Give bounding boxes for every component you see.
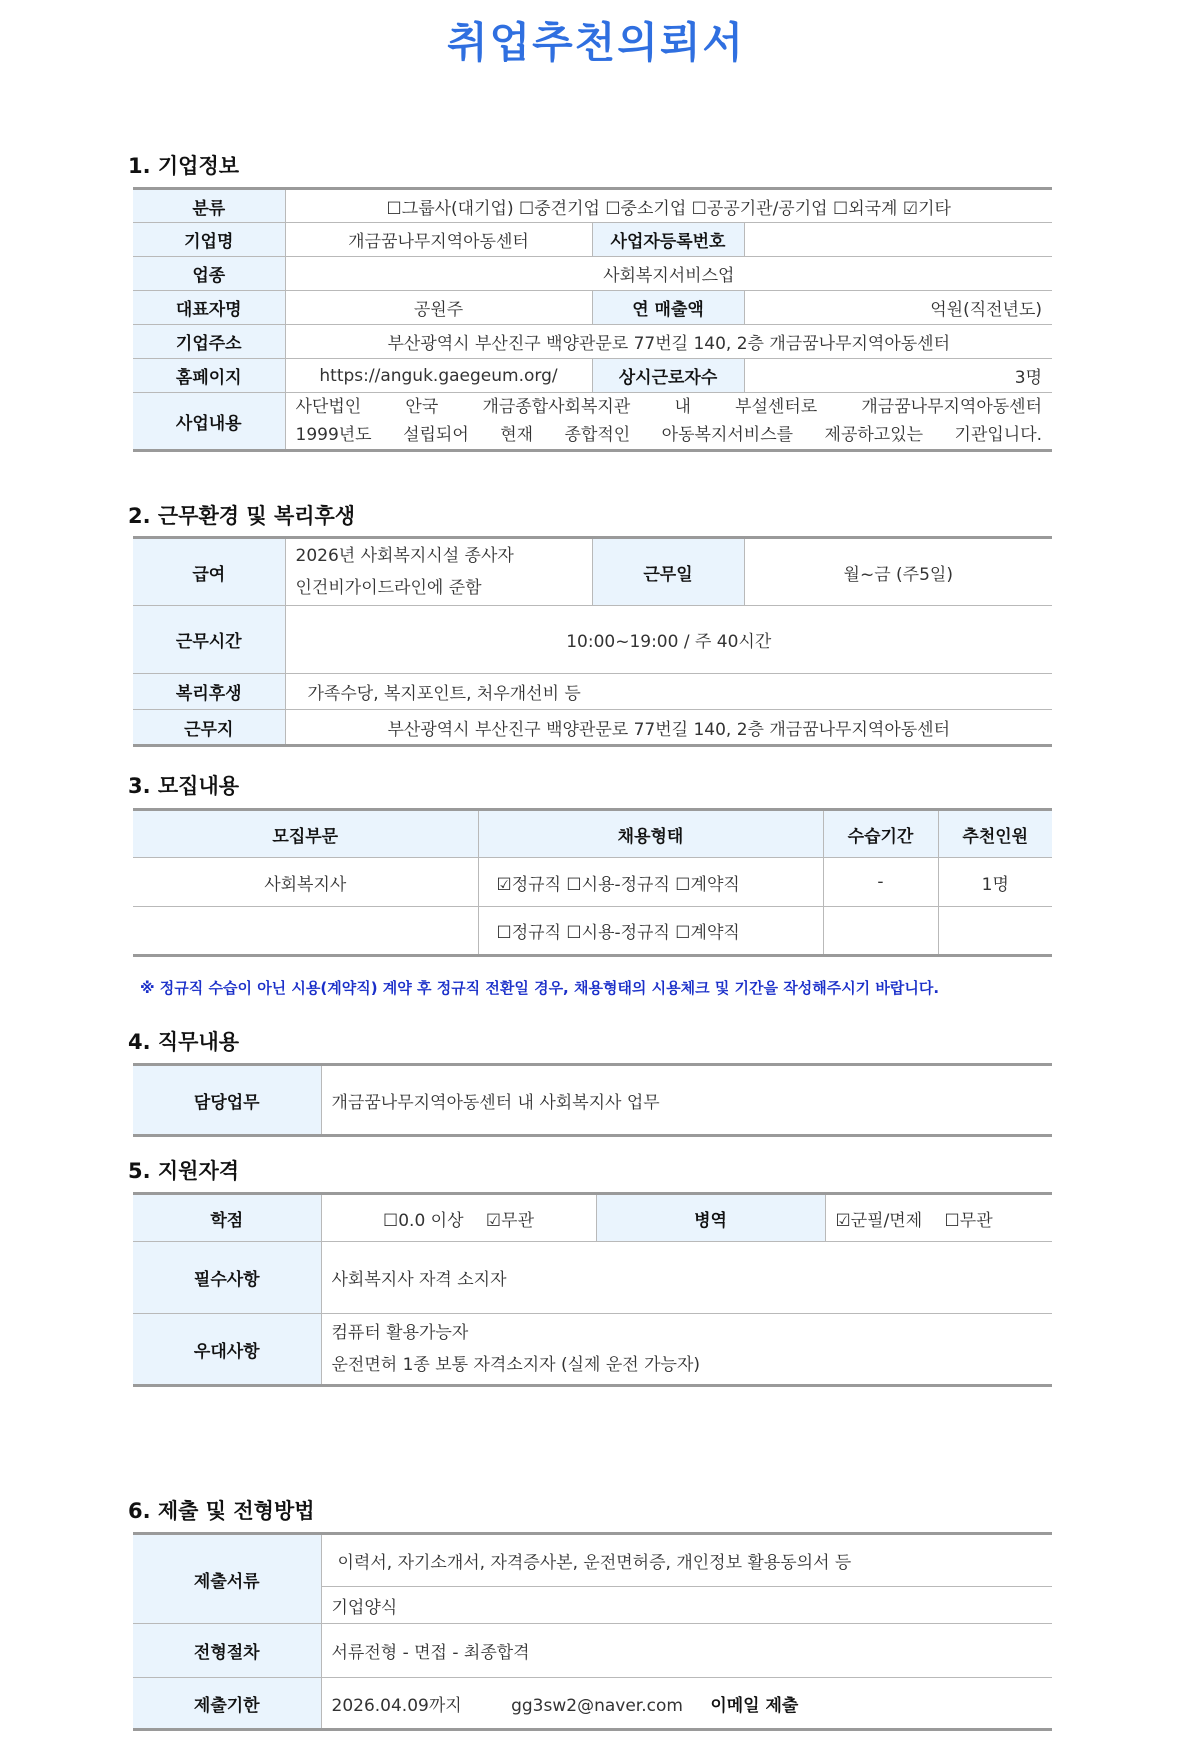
employees-label: 상시근로자수 bbox=[592, 359, 744, 393]
deadline-label: 제출기한 bbox=[133, 1678, 321, 1730]
count-cell: 1명 bbox=[938, 858, 1052, 907]
table-row: 사회복지사 ☑정규직 ☐시용-정규직 ☐계약직 - 1명 bbox=[133, 858, 1052, 907]
welfare-label: 복리후생 bbox=[133, 674, 285, 710]
col-header-type: 채용형태 bbox=[478, 810, 823, 858]
col-header-count: 추천인원 bbox=[938, 810, 1052, 858]
gpa-checkboxes[interactable]: ☐0.0 이상 ☑무관 bbox=[321, 1194, 596, 1242]
salary-label: 급여 bbox=[133, 538, 285, 606]
process-label: 전형절차 bbox=[133, 1624, 321, 1678]
welfare-value: 가족수당, 복지포인트, 처우개선비 등 bbox=[285, 674, 1052, 710]
biz-reg-label: 사업자등록번호 bbox=[592, 223, 744, 257]
ceo-value: 공원주 bbox=[285, 291, 592, 325]
col-header-dept: 모집부문 bbox=[133, 810, 478, 858]
homepage-label: 홈페이지 bbox=[133, 359, 285, 393]
homepage-link[interactable]: https://anguk.gaegeum.org/ bbox=[285, 359, 592, 393]
recruit-note: ※ 정규직 수습이 아닌 시용(계약직) 계약 후 정규직 전환일 경우, 채용… bbox=[140, 977, 939, 998]
count-cell bbox=[938, 907, 1052, 956]
email-link[interactable]: gg3sw2@naver.com bbox=[511, 1696, 683, 1716]
section-heading-duty: 4. 직무내용 bbox=[128, 1026, 239, 1056]
docs-form: 기업양식 bbox=[321, 1587, 1052, 1624]
company-name-label: 기업명 bbox=[133, 223, 285, 257]
submission-table: 제출서류 이력서, 자기소개서, 자격증사본, 운전면허증, 개인정보 활용동의… bbox=[133, 1532, 1052, 1731]
duty-label: 담당업무 bbox=[133, 1065, 321, 1136]
qualification-table: 학점 ☐0.0 이상 ☑무관 병역 ☑군필/면제 ☐무관 필수사항 사회복지사 … bbox=[133, 1192, 1052, 1387]
business-label: 사업내용 bbox=[133, 393, 285, 451]
section-heading-recruit: 3. 모집내용 bbox=[128, 770, 239, 800]
employees-value: 3명 bbox=[744, 359, 1052, 393]
probation-cell bbox=[823, 907, 938, 956]
location-value: 부산광역시 부산진구 백양관문로 77번길 140, 2층 개금꿈나무지역아동센… bbox=[285, 710, 1052, 746]
section-heading-company: 1. 기업정보 bbox=[128, 150, 239, 180]
recruit-table: 모집부문 채용형태 수습기간 추천인원 사회복지사 ☑정규직 ☐시용-정규직 ☐… bbox=[133, 808, 1052, 957]
category-label: 분류 bbox=[133, 189, 285, 223]
hours-label: 근무시간 bbox=[133, 606, 285, 674]
category-options[interactable]: ☐그룹사(대기업) ☐중견기업 ☐중소기업 ☐공공기관/공기업 ☐외국계 ☑기타 bbox=[285, 189, 1052, 223]
table-row: ☐정규직 ☐시용-정규직 ☐계약직 bbox=[133, 907, 1052, 956]
required-value: 사회복지사 자격 소지자 bbox=[321, 1242, 1052, 1314]
deadline-value: 2026.04.09까지 bbox=[332, 1696, 462, 1716]
type-checkboxes[interactable]: ☐정규직 ☐시용-정규직 ☐계약직 bbox=[478, 907, 823, 956]
salary-line-2: 인건비가이드라인에 준함 bbox=[296, 572, 582, 604]
salary-value: 2026년 사회복지시설 종사자 인건비가이드라인에 준함 bbox=[285, 538, 592, 606]
dept-cell: 사회복지사 bbox=[133, 858, 478, 907]
duty-value: 개금꿈나무지역아동센터 내 사회복지사 업무 bbox=[321, 1065, 1052, 1136]
duty-table: 담당업무 개금꿈나무지역아동센터 내 사회복지사 업무 bbox=[133, 1063, 1052, 1137]
required-label: 필수사항 bbox=[133, 1242, 321, 1314]
ceo-label: 대표자명 bbox=[133, 291, 285, 325]
business-line-2: 1999년도 설립되어 현재 종합적인 아동복지서비스를 제공하고있는 기관입니… bbox=[296, 421, 1043, 449]
docs-value: 이력서, 자기소개서, 자격증사본, 운전면허증, 개인정보 활용동의서 등 bbox=[321, 1534, 1052, 1587]
salary-line-1: 2026년 사회복지시설 종사자 bbox=[296, 540, 582, 572]
company-name-value: 개금꿈나무지역아동센터 bbox=[285, 223, 592, 257]
location-label: 근무지 bbox=[133, 710, 285, 746]
address-value: 부산광역시 부산진구 백양관문로 77번길 140, 2층 개금꿈나무지역아동센… bbox=[285, 325, 1052, 359]
document-title: 취업추천의뢰서 bbox=[0, 10, 1192, 70]
workdays-value: 월~금 (주5일) bbox=[744, 538, 1052, 606]
section-heading-work-env: 2. 근무환경 및 복리후생 bbox=[128, 500, 355, 530]
type-checkboxes[interactable]: ☑정규직 ☐시용-정규직 ☐계약직 bbox=[478, 858, 823, 907]
work-env-table: 급여 2026년 사회복지시설 종사자 인건비가이드라인에 준함 근무일 월~금… bbox=[133, 536, 1052, 747]
revenue-value: 억원(직전년도) bbox=[744, 291, 1052, 325]
military-checkboxes[interactable]: ☑군필/면제 ☐무관 bbox=[825, 1194, 1052, 1242]
workdays-label: 근무일 bbox=[592, 538, 744, 606]
preferred-label: 우대사항 bbox=[133, 1314, 321, 1386]
preferred-line-1: 컴퓨터 활용가능자 bbox=[332, 1317, 1043, 1349]
business-value: 사단법인 안국 개금종합사회복지관 내 부설센터로 개금꿈나무지역아동센터 19… bbox=[285, 393, 1052, 451]
probation-cell: - bbox=[823, 858, 938, 907]
biz-reg-value bbox=[744, 223, 1052, 257]
military-label: 병역 bbox=[596, 1194, 825, 1242]
process-value: 서류전형 - 면접 - 최종합격 bbox=[321, 1624, 1052, 1678]
industry-label: 업종 bbox=[133, 257, 285, 291]
preferred-line-2: 운전면허 1종 보통 자격소지자 (실제 운전 가능자) bbox=[332, 1349, 1043, 1381]
business-line-1: 사단법인 안국 개금종합사회복지관 내 부설센터로 개금꿈나무지역아동센터 bbox=[296, 393, 1043, 421]
dept-cell bbox=[133, 907, 478, 956]
section-heading-submission: 6. 제출 및 전형방법 bbox=[128, 1495, 315, 1525]
col-header-probation: 수습기간 bbox=[823, 810, 938, 858]
revenue-label: 연 매출액 bbox=[592, 291, 744, 325]
section-heading-qualification: 5. 지원자격 bbox=[128, 1155, 239, 1185]
hours-value: 10:00~19:00 / 주 40시간 bbox=[285, 606, 1052, 674]
docs-label: 제출서류 bbox=[133, 1534, 321, 1624]
preferred-value: 컴퓨터 활용가능자 운전면허 1종 보통 자격소지자 (실제 운전 가능자) bbox=[321, 1314, 1052, 1386]
deadline-row: 2026.04.09까지 gg3sw2@naver.com 이메일 제출 bbox=[321, 1678, 1052, 1730]
submit-method: 이메일 제출 bbox=[710, 1696, 798, 1716]
gpa-label: 학점 bbox=[133, 1194, 321, 1242]
industry-value: 사회복지서비스업 bbox=[285, 257, 1052, 291]
address-label: 기업주소 bbox=[133, 325, 285, 359]
company-info-table: 분류 ☐그룹사(대기업) ☐중견기업 ☐중소기업 ☐공공기관/공기업 ☐외국계 … bbox=[133, 187, 1052, 452]
